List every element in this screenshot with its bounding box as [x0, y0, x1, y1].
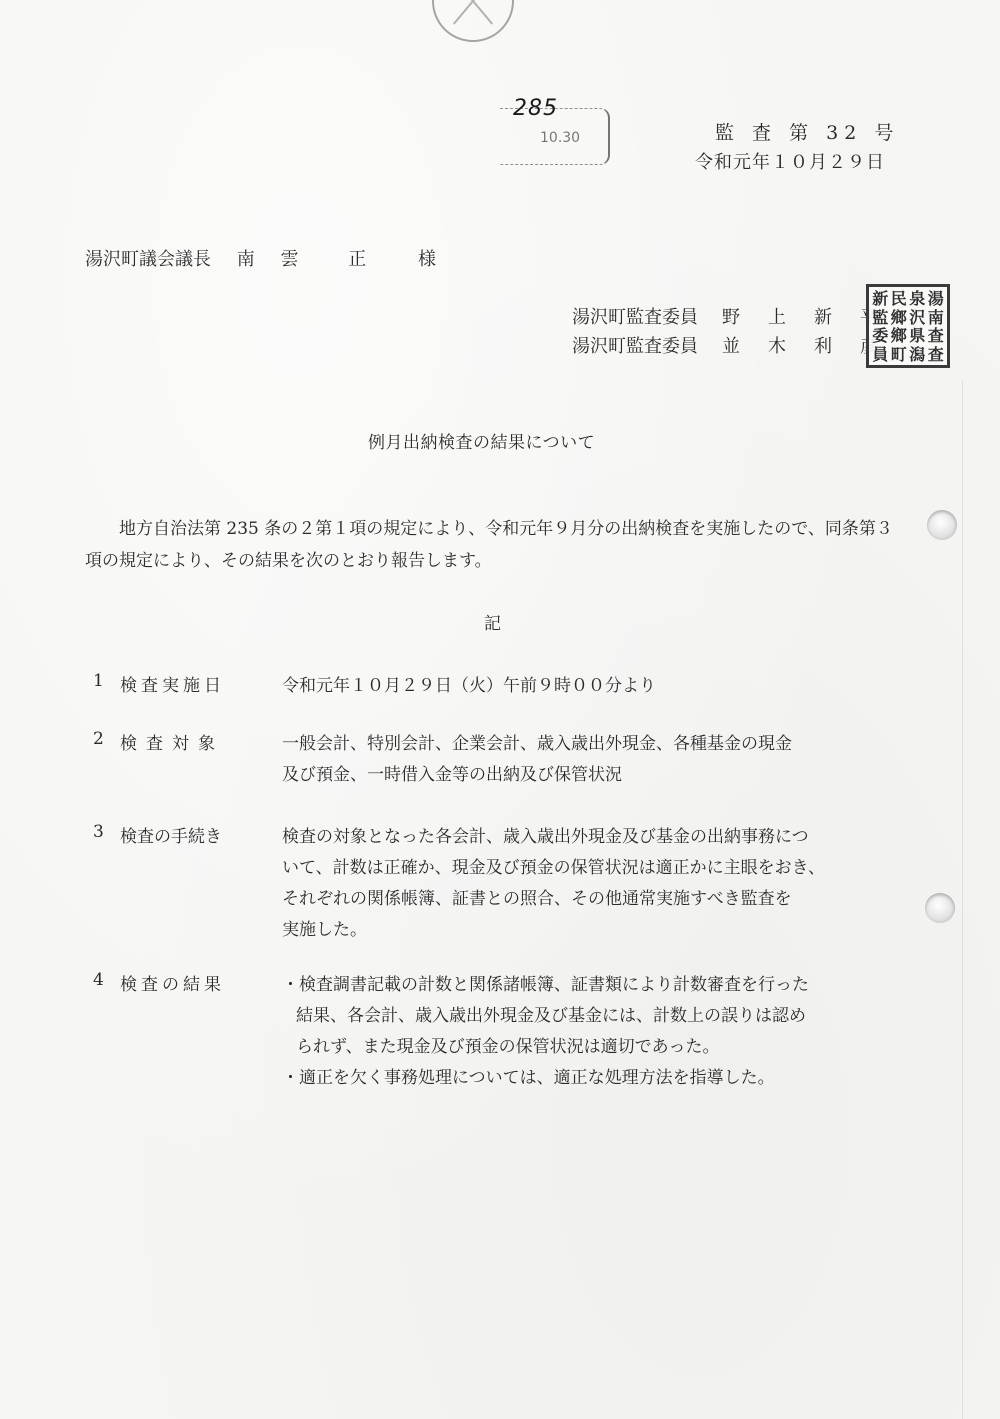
- seal-char: 県: [908, 326, 927, 345]
- seal-char: 監: [871, 308, 890, 327]
- item-label: 検査の手続き: [120, 822, 222, 847]
- sender-role: 湯沢町監査委員: [572, 307, 698, 328]
- addressee-name-char: 正: [348, 249, 366, 270]
- seal-char: 潟: [908, 345, 927, 364]
- seal-char: 查: [927, 326, 946, 345]
- item-bullet-line: ・検査調書記載の計数と関係諸帳簿、証書類により計数審査を行った: [282, 970, 902, 1001]
- addressee-name-char: 南: [237, 249, 255, 270]
- addressee-title: 湯沢町議会議長: [85, 249, 211, 270]
- seal-char: 委: [871, 326, 890, 345]
- item-number: 2: [93, 729, 104, 749]
- item-line: 及び預金、一時借入金等の出納及び保管状況: [282, 760, 902, 791]
- sender-2: 湯沢町監査委員並木利彦: [572, 332, 906, 358]
- sender-name-char: 木: [768, 332, 814, 358]
- item-content: 一般会計、特別会計、企業会計、歳入歳出外現金、各種基金の現金 及び預金、一時借入…: [282, 729, 902, 791]
- item-line: 検査の対象となった各会計、歳入歳出外現金及び基金の出納事務につ: [282, 822, 902, 853]
- seal-char: 查: [927, 345, 946, 364]
- item-content: 令和元年１０月２９日（火）午前９時００分より: [282, 671, 902, 702]
- seal-char: 町: [890, 345, 909, 364]
- sender-1: 湯沢町監査委員野上新平: [572, 303, 906, 329]
- binding-stamp-icon: [432, 0, 514, 42]
- addressee-honorific: 様: [418, 249, 436, 270]
- item-label: 検査実施日: [120, 671, 225, 696]
- receipt-handwritten-number: 285: [513, 96, 558, 121]
- item-line: 結果、各会計、歳入歳出外現金及び基金には、計数上の誤りは認め: [282, 1001, 902, 1032]
- item-line: それぞれの関係帳簿、証書との照合、その他通常実施すべき監査を: [282, 884, 902, 915]
- seal-char: 沢: [908, 308, 927, 327]
- receipt-stamp-date: 10.30: [540, 130, 580, 146]
- scanned-page: 285 10.30 監 査 第 32 号 令和元年１０月２９日 湯沢町議会議長 …: [0, 0, 1000, 1419]
- document-title: 例月出納検査の結果について: [368, 428, 595, 453]
- addressee: 湯沢町議会議長 南 雲 正 様: [85, 245, 436, 271]
- item-line: られず、また現金及び預金の保管状況は適切であった。: [282, 1032, 902, 1063]
- sender-name-char: 新: [814, 303, 860, 329]
- seal-char: 南: [927, 308, 946, 327]
- sender-name-char: 並: [722, 332, 768, 358]
- item-line: 令和元年１０月２９日（火）午前９時００分より: [282, 671, 902, 702]
- item-number: 1: [93, 671, 104, 691]
- item-label: 検査の結果: [120, 970, 225, 995]
- fold-line: [962, 380, 963, 1419]
- item-label: 検査対象: [120, 729, 224, 754]
- seal-char: 鄉: [890, 308, 909, 327]
- sender-name-char: 上: [768, 303, 814, 329]
- punch-hole-icon: [927, 510, 957, 540]
- ki-heading: 記: [484, 609, 501, 634]
- addressee-name-char: 雲: [280, 249, 298, 270]
- item-bullet-line: ・適正を欠く事務処理については、適正な処理方法を指導した。: [282, 1063, 902, 1094]
- item-number: 4: [93, 970, 104, 990]
- body-paragraph: 地方自治法第 235 条の２第１項の規定により、令和元年９月分の出納検査を実施し…: [85, 513, 905, 577]
- document-date: 令和元年１０月２９日: [695, 148, 885, 174]
- seal-char: 員: [871, 345, 890, 364]
- sender-name-char: 利: [814, 332, 860, 358]
- seal-char: 湯: [927, 289, 946, 308]
- item-number: 3: [93, 822, 104, 842]
- document-number: 監 査 第 32 号: [715, 118, 899, 145]
- seal-char: 鄉: [890, 326, 909, 345]
- item-content: 検査の対象となった各会計、歳入歳出外現金及び基金の出納事務につ いて、計数は正確…: [282, 822, 902, 946]
- sender-name-char: 野: [722, 303, 768, 329]
- item-line: 実施した。: [282, 915, 902, 946]
- seal-char: 民: [890, 289, 909, 308]
- official-seal-icon: 新 民 泉 湯 監 鄉 沢 南 委 鄉 県 查 員 町 潟 查: [866, 284, 950, 368]
- seal-char: 泉: [908, 289, 927, 308]
- item-content: ・検査調書記載の計数と関係諸帳簿、証書類により計数審査を行った 結果、各会計、歳…: [282, 970, 902, 1094]
- punch-hole-icon: [925, 893, 955, 923]
- seal-char: 新: [871, 289, 890, 308]
- sender-role: 湯沢町監査委員: [572, 336, 698, 357]
- item-line: いて、計数は正確か、現金及び預金の保管状況は適正かに主眼をおき、: [282, 853, 902, 884]
- item-line: 一般会計、特別会計、企業会計、歳入歳出外現金、各種基金の現金: [282, 729, 902, 760]
